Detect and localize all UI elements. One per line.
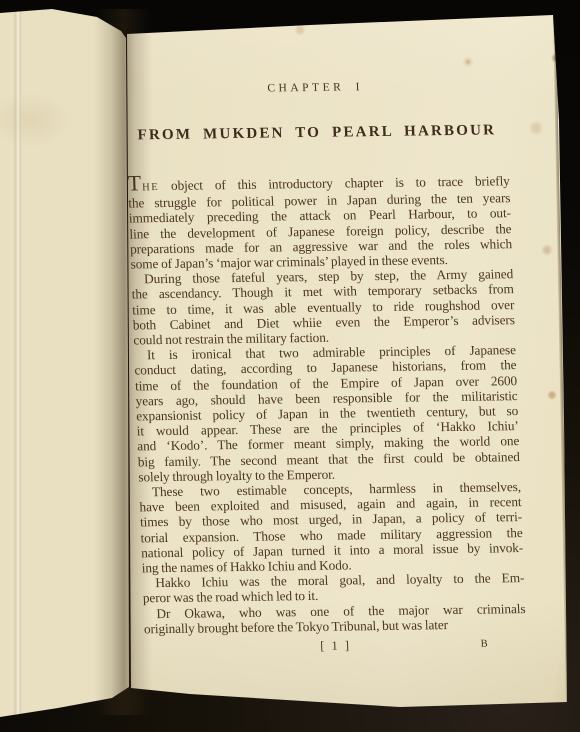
body-text: THE object of this introductory chapter …	[127, 167, 526, 636]
chapter-title: FROM MUKDEN TO PEARL HARBOUR	[126, 122, 509, 144]
page-crease	[13, 10, 22, 715]
drop-cap: T	[127, 170, 141, 195]
small-caps-lead: HE	[142, 182, 159, 193]
page-text: CHAPTER I FROM MUKDEN TO PEARL HARBOUR T…	[124, 79, 527, 657]
page-fore-edge	[553, 15, 569, 705]
signature-letter: B	[480, 639, 487, 650]
book-photo: CHAPTER I FROM MUKDEN TO PEARL HARBOUR T…	[0, 0, 580, 732]
